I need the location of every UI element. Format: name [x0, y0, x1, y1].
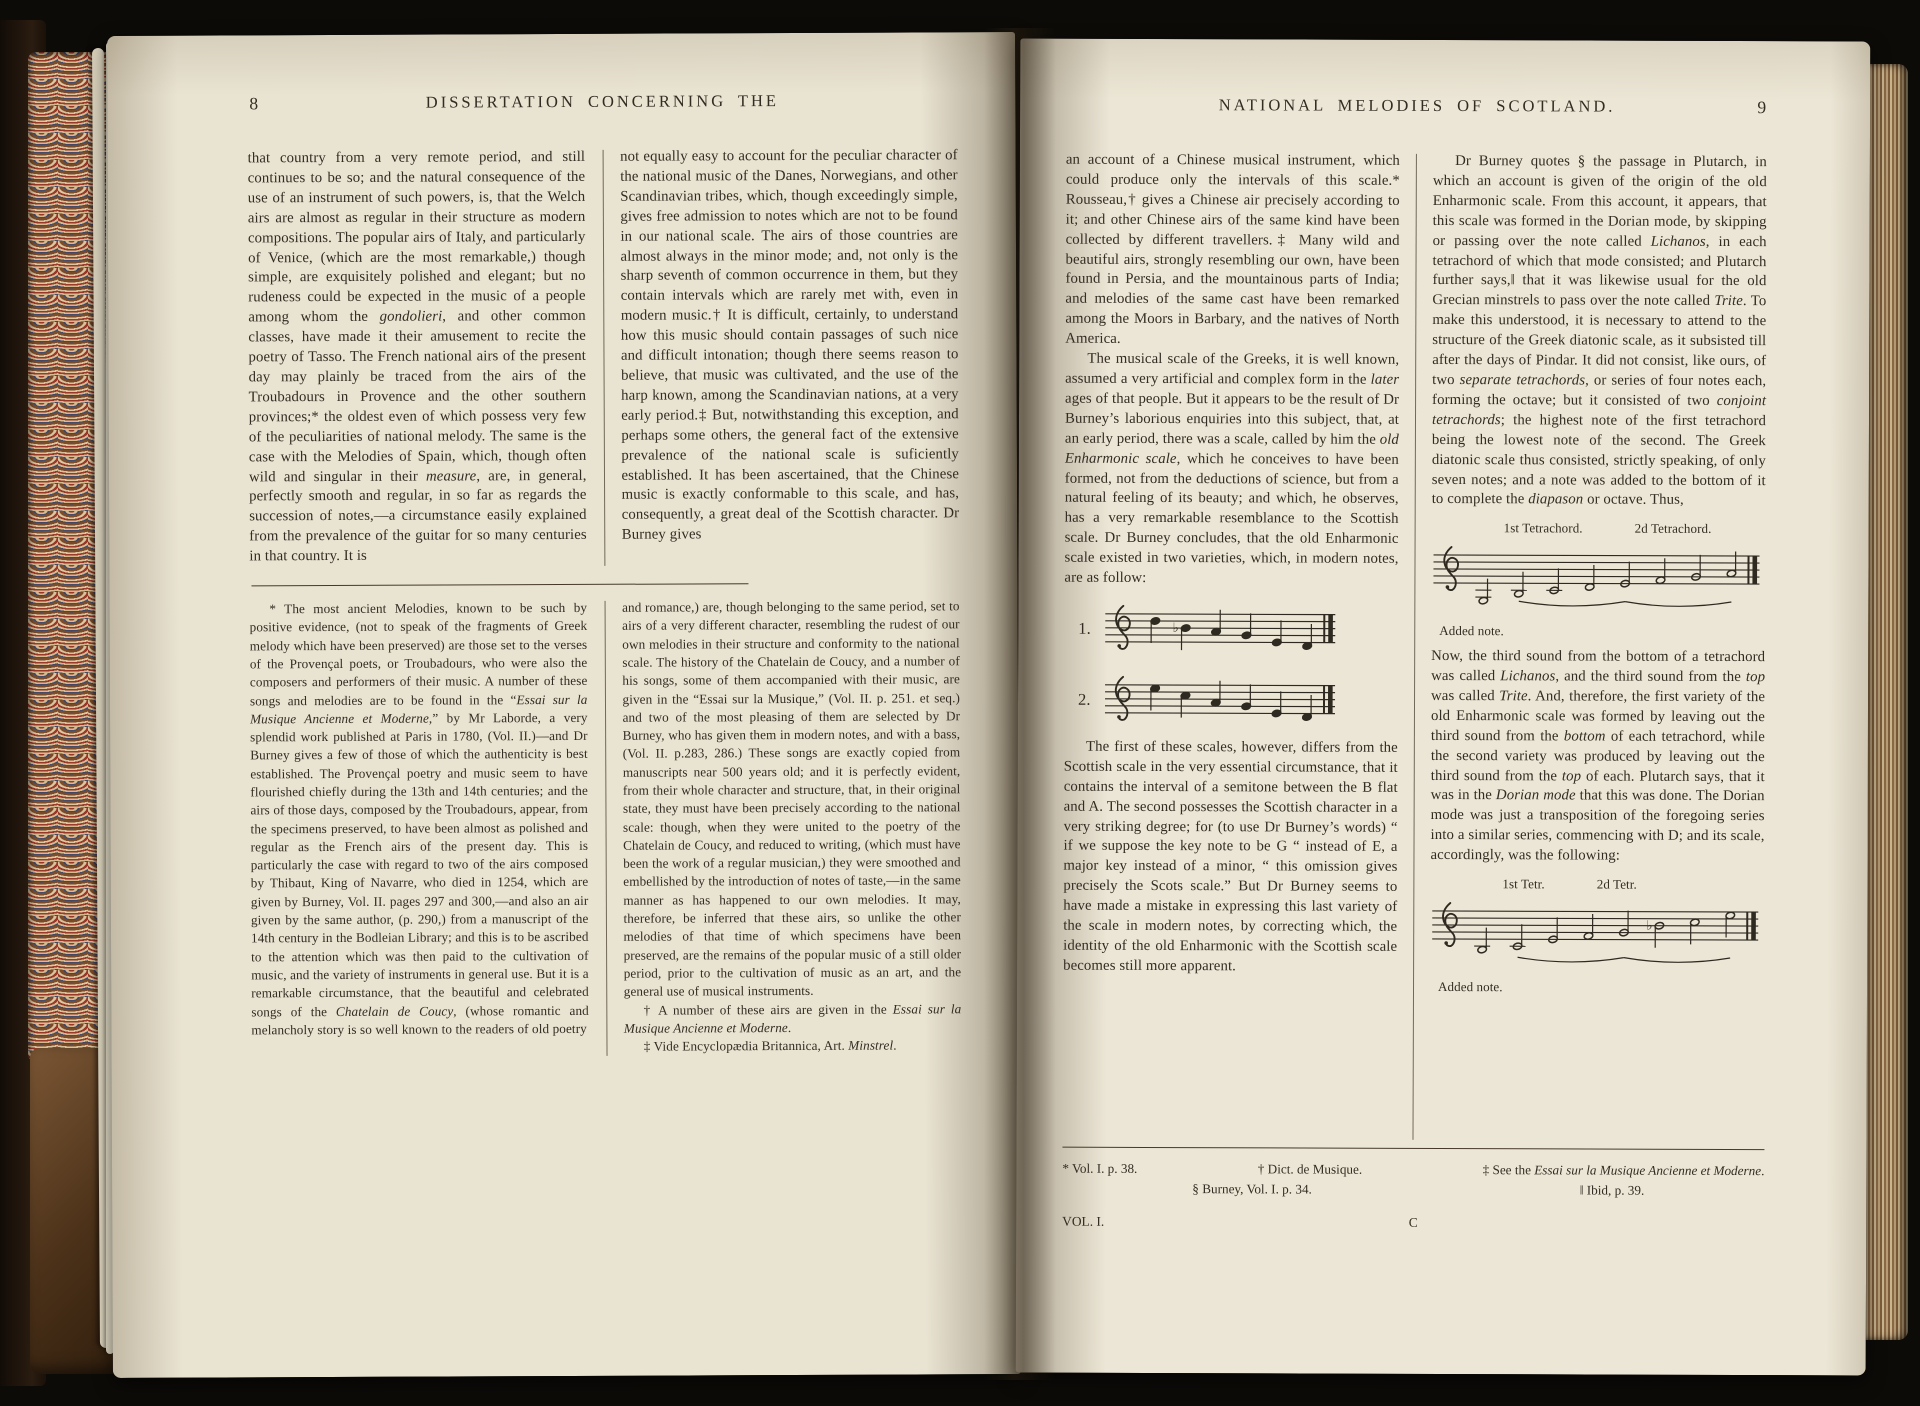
tetrachord-label-1: 1st Tetrachord.	[1504, 519, 1583, 539]
footnote-column-2: and romance,) are, though belonging to t…	[622, 597, 961, 1056]
footnote: ‖ Ibid, p. 39.	[1580, 1181, 1645, 1199]
footnote: * Vol. I. p. 38.	[1062, 1160, 1137, 1178]
svg-text:♭: ♭	[1172, 621, 1178, 636]
page-number: 8	[249, 93, 258, 114]
music-example-scale-1: 1. ♭	[1078, 598, 1398, 661]
page-right: NATIONAL MELODIES OF SCOTLAND. 9 an acco…	[1016, 39, 1871, 1376]
book-photo: 8 DISSERTATION CONCERNING THE that count…	[0, 0, 1920, 1406]
figure-number: 2.	[1078, 690, 1091, 710]
column-text: an account of a Chinese musical instrume…	[1064, 151, 1400, 590]
music-staff: ♭	[1103, 598, 1337, 661]
music-staff	[1431, 539, 1761, 622]
signature-mark: C	[1409, 1215, 1418, 1231]
svg-text:♭: ♭	[1646, 919, 1652, 934]
tetrachord-label-2: 2d Tetrachord.	[1635, 519, 1712, 539]
running-head: NATIONAL MELODIES OF SCOTLAND.	[1219, 95, 1616, 115]
volume-label: VOL. I.	[1062, 1214, 1104, 1229]
volume-signature-line: VOL. I. C	[1062, 1214, 1764, 1232]
page-left: 8 DISSERTATION CONCERNING THE that count…	[107, 32, 1021, 1378]
music-staff	[1102, 669, 1336, 732]
right-page-footnotes: * Vol. I. p. 38. † Dict. de Musique. ‡ S…	[1062, 1147, 1764, 1232]
footnote: § Burney, Vol. I. p. 34.	[1192, 1180, 1312, 1198]
tetrachord-label-1: 1st Tetr.	[1502, 874, 1544, 894]
left-page-header: 8 DISSERTATION CONCERNING THE	[247, 90, 957, 123]
footnote-row-2: § Burney, Vol. I. p. 34. ‖ Ibid, p. 39.	[1062, 1178, 1764, 1200]
column-divider-rule	[602, 150, 605, 566]
right-page-main-text: an account of a Chinese musical instrume…	[1062, 151, 1767, 1141]
column-divider-rule	[1412, 154, 1416, 1140]
running-head: DISSERTATION CONCERNING THE	[426, 91, 779, 112]
music-example-scale-2: 2.	[1078, 669, 1398, 732]
footnote-separator-rule	[251, 583, 748, 586]
music-staff: ♭	[1430, 895, 1760, 978]
footnote-column-1: * The most ancient Melodies, known to be…	[250, 599, 589, 1058]
right-page-stack-edge	[1864, 64, 1908, 1340]
music-example-dorian-scale: 1st Tetr. 2d Tetr. ♭ Added note.	[1430, 874, 1764, 998]
footnote: † Dict. de Musique.	[1258, 1160, 1362, 1178]
column-divider-rule	[604, 601, 607, 1056]
text-column-1: that country from a very remote period, …	[248, 148, 587, 567]
footnote-separator-rule	[1062, 1147, 1764, 1150]
text-column-1: an account of a Chinese musical instrume…	[1062, 151, 1399, 1140]
figure-number: 1.	[1078, 619, 1091, 639]
column-text: Now, the third sound from the bottom of …	[1430, 647, 1765, 867]
music-example-greek-scale: 1st Tetrachord. 2d Tetrachord. Added not…	[1431, 518, 1765, 642]
column-text: Dr Burney quotes § the passage in Plutar…	[1432, 152, 1767, 511]
tetrachord-label-2: 2d Tetr.	[1597, 875, 1637, 895]
text-column-2: not equally easy to account for the pecu…	[620, 146, 959, 565]
left-page-footnotes: * The most ancient Melodies, known to be…	[250, 597, 962, 1058]
footnote: ‡ See the Essai sur la Musique Ancienne …	[1483, 1161, 1765, 1180]
page-number: 9	[1757, 97, 1766, 118]
added-note-caption: Added note.	[1438, 977, 1764, 998]
right-page-header: NATIONAL MELODIES OF SCOTLAND. 9	[1066, 95, 1768, 127]
column-text: The first of these scales, however, diff…	[1063, 738, 1398, 978]
added-note-caption: Added note.	[1439, 621, 1765, 642]
text-column-2: Dr Burney quotes § the passage in Plutar…	[1429, 152, 1766, 1141]
left-page-main-text: that country from a very remote period, …	[248, 146, 960, 567]
